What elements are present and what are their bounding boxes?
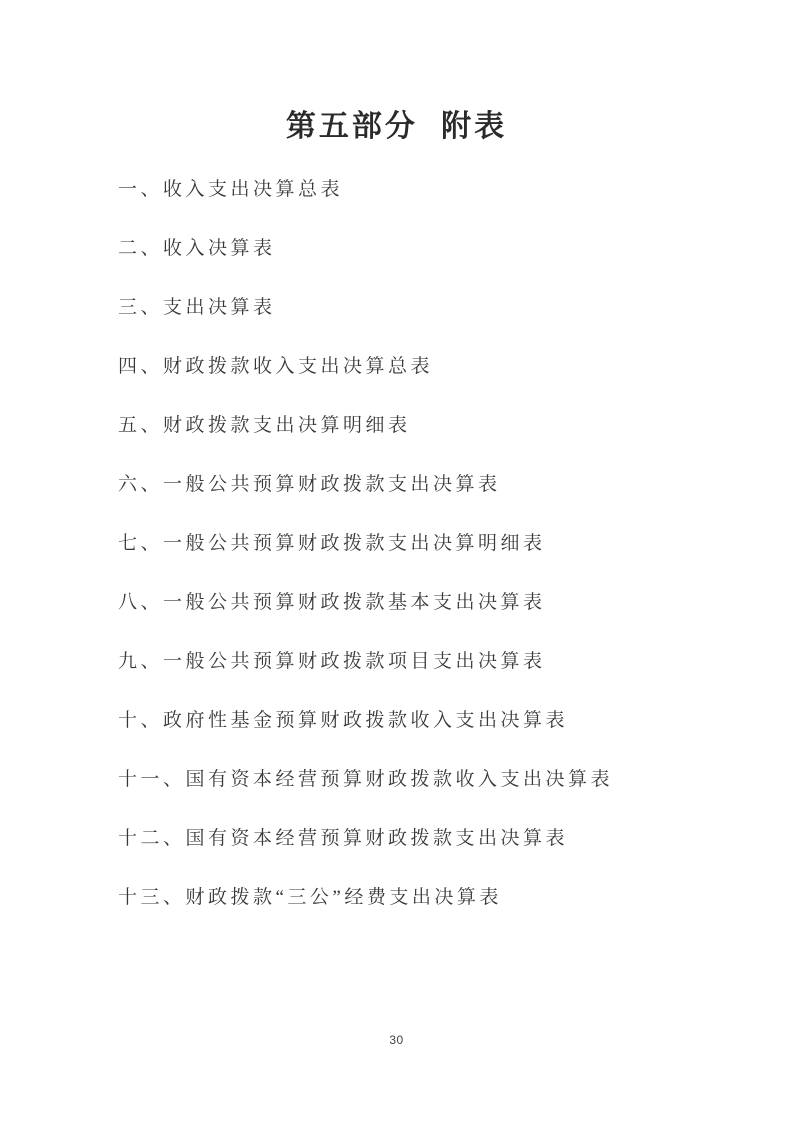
toc-item-6: 六、一般公共预算财政拨款支出决算表 (118, 473, 733, 496)
toc-item-7: 七、一般公共预算财政拨款支出决算明细表 (118, 532, 733, 555)
page-title: 第五部分 附表 (0, 0, 793, 147)
toc-item-2: 二、收入决算表 (118, 237, 733, 260)
document-page: 第五部分 附表 一、收入支出决算总表 二、收入决算表 三、支出决算表 四、财政拨… (0, 0, 793, 1122)
toc-item-11: 十一、国有资本经营预算财政拨款收入支出决算表 (118, 768, 733, 791)
toc-item-8: 八、一般公共预算财政拨款基本支出决算表 (118, 591, 733, 614)
toc-item-9: 九、一般公共预算财政拨款项目支出决算表 (118, 650, 733, 673)
toc-item-5: 五、财政拨款支出决算明细表 (118, 414, 733, 437)
toc-item-13: 十三、财政拨款“三公”经费支出决算表 (118, 886, 733, 909)
toc-item-1: 一、收入支出决算总表 (118, 178, 733, 201)
page-number: 30 (0, 1033, 793, 1047)
toc-item-12: 十二、国有资本经营预算财政拨款支出决算表 (118, 827, 733, 850)
toc-list: 一、收入支出决算总表 二、收入决算表 三、支出决算表 四、财政拨款收入支出决算总… (0, 147, 793, 909)
toc-item-4: 四、财政拨款收入支出决算总表 (118, 355, 733, 378)
toc-item-3: 三、支出决算表 (118, 296, 733, 319)
toc-item-10: 十、政府性基金预算财政拨款收入支出决算表 (118, 709, 733, 732)
